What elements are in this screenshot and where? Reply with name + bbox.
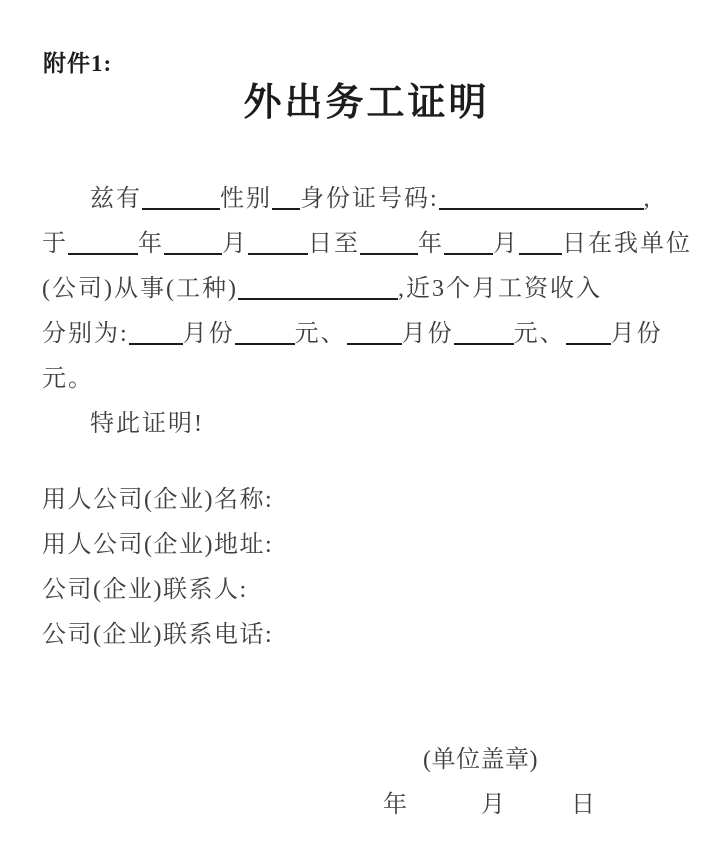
- text-company-engaged: (公司)从事(工种): [42, 276, 238, 302]
- text-year-1: 年: [138, 231, 164, 257]
- text-id-number: 身份证号码:: [300, 186, 439, 212]
- label-contact-person: 公司(企业)联系人:: [42, 568, 273, 613]
- date-day-label: 日: [571, 792, 595, 818]
- label-company-name: 用人公司(企业)名称:: [42, 478, 273, 523]
- body-paragraph: 兹有性别身份证号码:, 于年月日至年月日在我单位 (公司)从事(工种),近3个月…: [42, 177, 702, 447]
- date-month-label: 月: [481, 792, 505, 818]
- date-year-label: 年: [383, 792, 407, 818]
- text-respectively: 分别为:: [42, 321, 129, 347]
- label-company-address: 用人公司(企业)地址:: [42, 523, 273, 568]
- form-line-person: 兹有性别身份证号码:,: [42, 177, 702, 222]
- text-yuan-1: 元、: [295, 321, 347, 347]
- blank-salary-amount-1: [235, 319, 295, 345]
- blank-gender: [272, 184, 300, 210]
- text-from: 于: [42, 231, 68, 257]
- text-herewith: 兹有: [90, 186, 142, 212]
- blank-end-month: [444, 229, 493, 255]
- blank-start-year: [68, 229, 138, 255]
- blank-end-day: [519, 229, 562, 255]
- text-month-1: 月: [222, 231, 248, 257]
- text-month-2: 月: [493, 231, 519, 257]
- text-gender: 性别: [220, 186, 272, 212]
- text-month-label-1: 月份: [183, 321, 235, 347]
- text-yuan-2: 元、: [514, 321, 566, 347]
- form-line-salaries: 分别为:月份元、月份元、月份: [42, 312, 702, 357]
- text-recent-income: ,近3个月工资收入: [398, 276, 602, 302]
- text-day-to: 日至: [308, 231, 360, 257]
- blank-id-number: [439, 184, 644, 210]
- blank-start-month: [164, 229, 222, 255]
- blank-salary-month-3: [566, 319, 611, 345]
- text-in-our-unit: 日在我单位: [562, 231, 692, 257]
- text-yuan-period: 元。: [42, 366, 94, 392]
- label-contact-phone: 公司(企业)联系电话:: [42, 613, 273, 658]
- date-line: 年月日: [383, 783, 595, 828]
- blank-start-day: [248, 229, 308, 255]
- form-line-hereby: 特此证明!: [42, 402, 702, 447]
- blank-salary-amount-2: [454, 319, 514, 345]
- company-info-section: 用人公司(企业)名称: 用人公司(企业)地址: 公司(企业)联系人: 公司(企业…: [42, 478, 273, 658]
- form-line-job: (公司)从事(工种),近3个月工资收入: [42, 267, 702, 312]
- attachment-label: 附件1:: [43, 51, 112, 76]
- form-line-dates: 于年月日至年月日在我单位: [42, 222, 702, 267]
- text-month-label-2: 月份: [402, 321, 454, 347]
- unit-seal-label: (单位盖章): [423, 738, 538, 783]
- document-title: 外出务工证明: [0, 82, 705, 126]
- certificate-document-page: 附件1: 外出务工证明 兹有性别身份证号码:, 于年月日至年月日在我单位 (公司…: [0, 0, 705, 865]
- blank-salary-month-1: [129, 319, 183, 345]
- blank-salary-month-2: [347, 319, 402, 345]
- blank-person-name: [142, 184, 220, 210]
- blank-job-type: [238, 274, 398, 300]
- blank-end-year: [360, 229, 418, 255]
- text-hereby-certified: 特此证明!: [90, 411, 204, 437]
- text-year-2: 年: [418, 231, 444, 257]
- text-comma: ,: [644, 186, 652, 212]
- text-month-label-3: 月份: [611, 321, 663, 347]
- form-line-yuan-end: 元。: [42, 357, 702, 402]
